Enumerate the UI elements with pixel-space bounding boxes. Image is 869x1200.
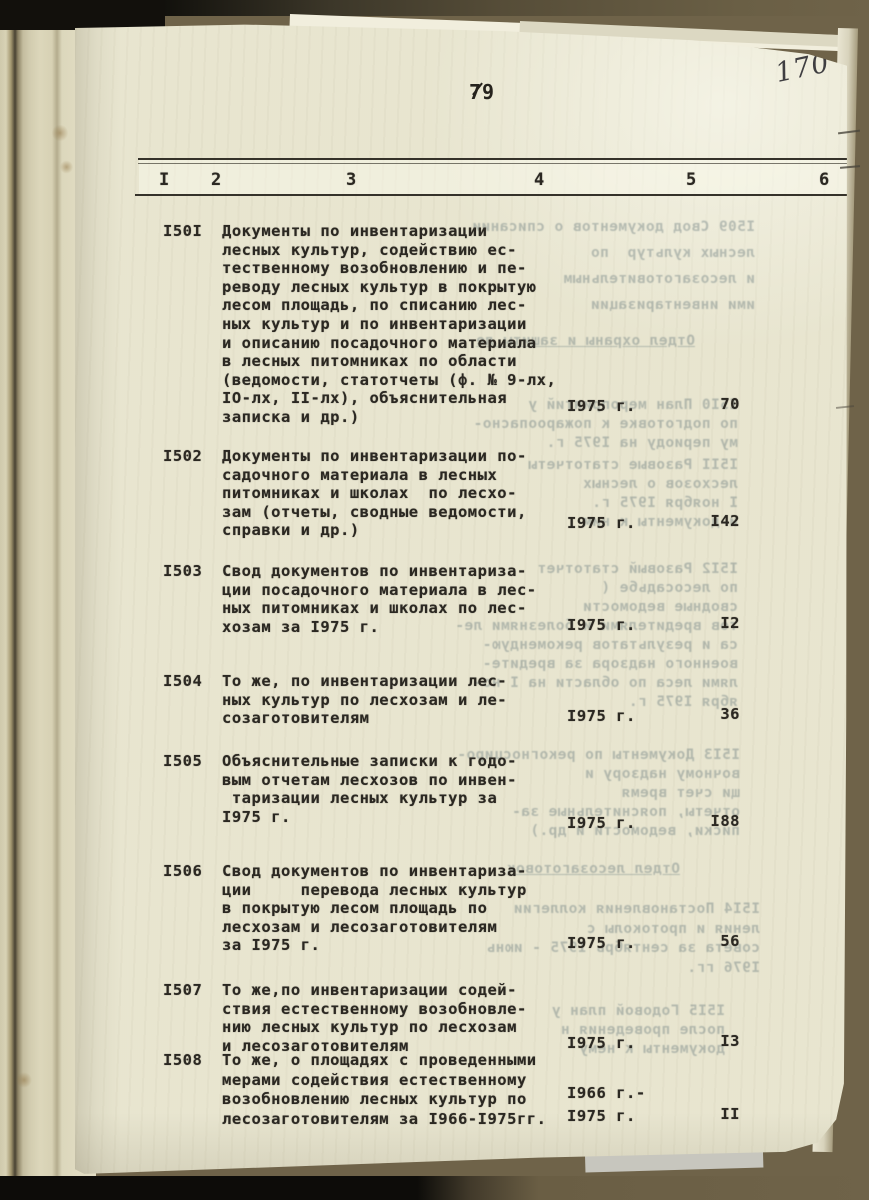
entry-number: I502 [163,447,202,466]
entry-number: I505 [163,752,202,771]
entry-description: То же, о площадях с проведенными мерами … [222,1051,546,1129]
board-bottom-edge [0,1176,869,1200]
ruled-line-top [138,158,849,160]
column-header-2: 2 [211,170,222,190]
column-header-6: 6 [819,170,830,190]
entry-dates: I975 г. [567,1032,636,1055]
column-header-4: 4 [534,170,545,190]
dark-corner-top-left [0,0,165,30]
stain [52,124,68,142]
column-header-3: 3 [346,170,357,190]
entry-sheet-count: I88 [660,812,740,831]
page-content: I509 Свод документов о списании лесных к… [75,24,847,1182]
entry-sheet-count: II [660,1105,740,1124]
column-header-5: 5 [686,170,697,190]
entry-description: Свод документов по инвентариза- ции пере… [222,862,527,955]
entry-number: I50I [163,222,202,241]
entry-description: Документы по инвентаризации по- садочног… [222,447,527,540]
entry-number: I504 [163,672,202,691]
column-header-1: I [159,170,170,190]
entry-number: I506 [163,862,202,881]
entry-dates: I975 г. [567,614,636,637]
entry-dates: I966 г.- I975 г. [567,1082,646,1127]
entry-dates: I975 г. [567,512,636,535]
scanned-archive-page: I509 Свод документов о списании лесных к… [0,0,869,1200]
entry-description: То же,по инвентаризации содей- ствия ест… [222,981,527,1055]
entry-sheet-count: I2 [660,614,740,633]
entry-sheet-count: 70 [660,395,740,414]
entry-number: I503 [163,562,202,581]
stain [60,160,73,174]
entry-description: Документы по инвентаризации лесных культ… [222,222,556,427]
entry-description: То же, по инвентаризации лес- ных культу… [222,672,507,728]
entry-sheet-count: 56 [660,932,740,951]
column-header-band [139,160,849,195]
entry-dates: I975 г. [567,705,636,728]
ruled-line-top-inner [138,163,849,164]
entry-dates: I975 г. [567,812,636,835]
entry-dates: I975 г. [567,932,636,955]
entry-sheet-count: I42 [660,512,740,531]
entry-description: Свод документов по инвентариза- ции поса… [222,562,537,636]
document-page: I509 Свод документов о списании лесных к… [75,24,847,1182]
entry-dates: I975 г. [567,395,636,418]
entry-number: I508 [163,1051,202,1070]
entry-number: I507 [163,981,202,1000]
entry-sheet-count: 36 [660,705,740,724]
entry-sheet-count: I3 [660,1032,740,1051]
page-number: 79 [469,80,495,104]
entry-description: Объяснительные записки к годо- вым отчет… [222,752,517,826]
ruled-line-bottom [135,194,849,196]
stain [16,1072,32,1088]
